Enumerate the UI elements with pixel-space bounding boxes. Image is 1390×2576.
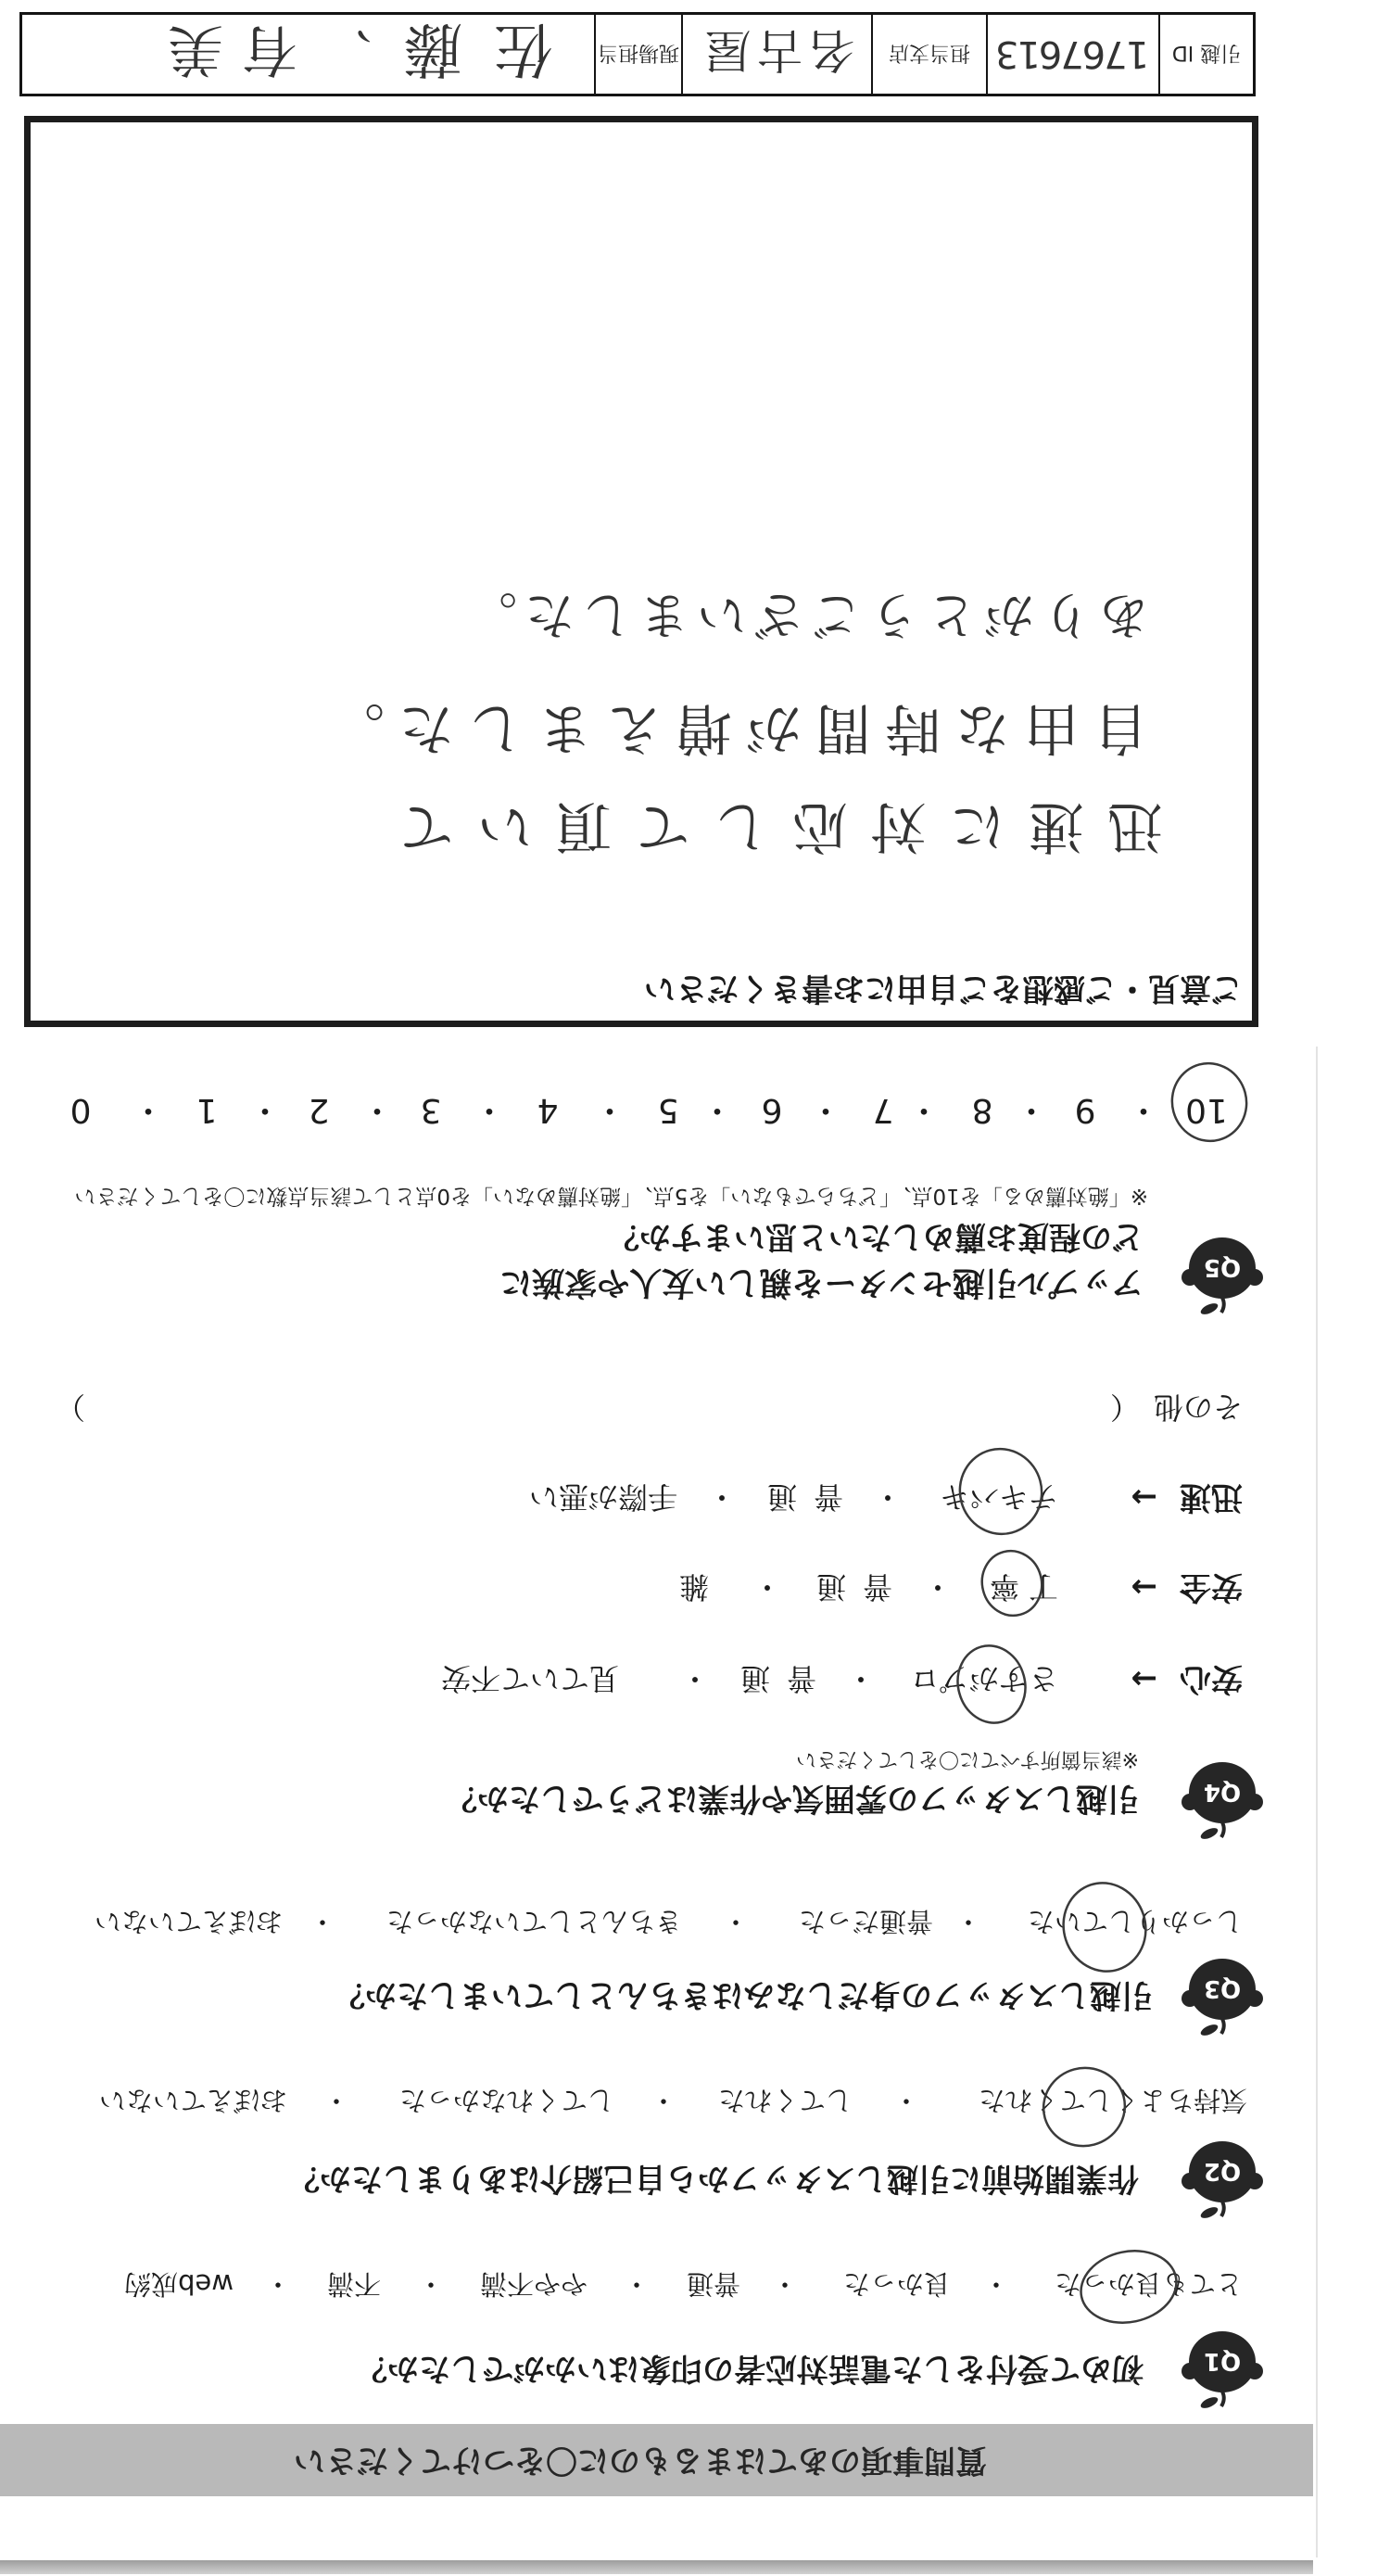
paper-edge: [1316, 1047, 1318, 2557]
separator: ・: [701, 1093, 734, 1126]
staff-name: 佐藤: [372, 15, 553, 94]
separator: ・: [309, 1908, 335, 1935]
apple-q2-icon: Q2: [1180, 2138, 1265, 2220]
handwritten-comment-line: 迅速に対応して頂いて: [375, 798, 1163, 854]
staff-label-cell: 現場担当: [594, 15, 681, 94]
q2-option-dont-remember[interactable]: おぼえていない: [99, 2087, 287, 2113]
q1-option-web-contract[interactable]: web成約: [124, 2270, 234, 2297]
q4-option-normal[interactable]: 普通: [800, 1572, 892, 1602]
q3-option-dont-remember[interactable]: おぼえていない: [95, 1908, 283, 1935]
branch-value: 名古屋: [700, 21, 855, 88]
score-4[interactable]: 4: [537, 1093, 559, 1126]
q4-other-open-paren: （: [1110, 1392, 1140, 1422]
score-10[interactable]: 10: [1185, 1093, 1228, 1126]
separator: ・: [417, 2270, 444, 2297]
separator: ・: [360, 1093, 394, 1126]
q1-title: 初めて受付をした電話対応者の印象はいかがでしたか？: [356, 2353, 1144, 2384]
handwritten-comment-line: ありがとうございました。: [460, 590, 1149, 640]
q4-badge-label: Q4: [1204, 1778, 1241, 1806]
staff-label: 現場担当: [598, 40, 679, 69]
q5-badge-label: Q5: [1204, 1253, 1241, 1281]
score-2[interactable]: 2: [309, 1093, 330, 1126]
q3-option-not-neat[interactable]: きちんとしていなかった: [386, 1908, 682, 1935]
arrow-right-icon: →: [1131, 1571, 1158, 1603]
q4-note: ※該当箇所すべてに〇をしてください: [796, 1748, 1139, 1769]
branch-label-cell: 担当支店: [871, 15, 986, 94]
handwritten-comment-line: 自由な時間が増えました。: [315, 700, 1149, 755]
move-id-label: 引越 ID: [1172, 40, 1241, 69]
q1-option-good[interactable]: 良かった: [843, 2270, 951, 2297]
separator: ・: [1015, 1093, 1048, 1126]
q1-option-dissatisfied[interactable]: 不満: [327, 2270, 381, 2297]
q4-option-efficient[interactable]: テキパキ: [940, 1482, 1058, 1512]
move-id-value-cell[interactable]: 1767613: [986, 15, 1158, 94]
q2-option-no[interactable]: してくれなかった: [399, 2087, 614, 2113]
separator: ・: [680, 1664, 710, 1694]
scanned-survey-sheet: 質問事項のあてはまるものに〇をつけてください Q1 初めて受付をした電話対応者の…: [0, 0, 1390, 2576]
separator: ・: [846, 1664, 876, 1694]
separator: ・: [982, 2270, 1009, 2297]
staff-name: 有美: [149, 15, 297, 94]
q4-option-normal[interactable]: 普通: [724, 1664, 816, 1694]
separator: ・: [873, 1482, 903, 1512]
staff-separator: 、: [325, 21, 372, 88]
q2-badge-label: Q2: [1204, 2157, 1241, 2185]
apple-q3-icon: Q3: [1180, 1956, 1265, 2037]
separator: ・: [752, 1572, 782, 1602]
q4-option-normal[interactable]: 普通: [751, 1482, 843, 1512]
score-1[interactable]: 1: [196, 1093, 218, 1126]
q2-option-pleasantly[interactable]: 気持ちよくしてくれた: [979, 2087, 1247, 2113]
q3-option-normal[interactable]: 普通だった: [799, 1908, 933, 1935]
separator: ・: [892, 2087, 919, 2113]
q3-title: 引越しスタッフの身だしなみはきちんとしていましたか？: [334, 1979, 1153, 2011]
arrow-right-icon: →: [1131, 1481, 1158, 1513]
score-9[interactable]: 9: [1075, 1093, 1096, 1126]
q5-title-line2: どの程度お薦めしたいと思いますか？: [608, 1221, 1144, 1252]
q4-option-professional[interactable]: さすがプロ: [910, 1664, 1058, 1694]
separator: ・: [593, 1093, 626, 1126]
q1-option-very-good[interactable]: とても良かった: [1055, 2270, 1243, 2297]
branch-label: 担当支店: [889, 40, 970, 69]
separator: ・: [1127, 1093, 1160, 1126]
score-0[interactable]: 0: [70, 1093, 92, 1126]
q4-other-label: その他: [1154, 1392, 1243, 1422]
q4-option-careful[interactable]: 丁寧: [980, 1572, 1058, 1602]
q4-option-worrying[interactable]: 見ていて不安: [441, 1664, 619, 1694]
separator: ・: [954, 1908, 981, 1935]
separator: ・: [322, 2087, 349, 2113]
q4-row-label: 安全: [1180, 1571, 1243, 1603]
q1-option-somewhat-dissatisfied[interactable]: やや不満: [480, 2270, 588, 2297]
separator: ・: [771, 2270, 798, 2297]
separator: ・: [132, 1093, 165, 1126]
q2-option-yes[interactable]: してくれた: [718, 2087, 853, 2113]
q3-option-neat[interactable]: しっかりしていた: [1028, 1908, 1243, 1935]
instruction-banner-text: 質問事項のあてはまるものに〇をつけてください: [294, 2444, 987, 2476]
separator: ・: [707, 1482, 737, 1512]
arrow-right-icon: →: [1131, 1663, 1158, 1694]
staff-value-cell[interactable]: 佐藤 、 有美: [22, 15, 594, 94]
score-3[interactable]: 3: [421, 1093, 442, 1126]
q4-other-close-paren: ）: [56, 1392, 85, 1422]
score-8[interactable]: 8: [972, 1093, 993, 1126]
separator: ・: [623, 2270, 650, 2297]
score-7[interactable]: 7: [873, 1093, 894, 1126]
q2-title: 作業開始前に引越しスタッフから自己紹介はありましたか？: [288, 2163, 1139, 2194]
comment-box[interactable]: [24, 116, 1258, 1027]
q1-option-normal[interactable]: 普通: [687, 2270, 740, 2297]
q5-note: ※「絶対薦める」を10点、「どちらでもない」を5点、「絶対薦めない」を0点として…: [74, 1185, 1148, 1206]
score-6[interactable]: 6: [762, 1093, 783, 1126]
separator: ・: [650, 2087, 676, 2113]
q4-row-label: 迅速: [1180, 1481, 1243, 1513]
q4-row-label: 安心: [1180, 1663, 1243, 1694]
separator: ・: [907, 1093, 941, 1126]
q4-title: 引越しスタッフの雰囲気や作業はどうでしたか？: [446, 1783, 1139, 1814]
branch-value-cell[interactable]: 名古屋: [681, 15, 871, 94]
apple-q4-icon: Q4: [1180, 1759, 1265, 1841]
move-id-value: 1767613: [997, 33, 1149, 76]
score-5[interactable]: 5: [658, 1093, 679, 1126]
q4-option-clumsy[interactable]: 手際が悪い: [529, 1482, 677, 1512]
separator: ・: [809, 1093, 842, 1126]
separator: ・: [923, 1572, 953, 1602]
q1-badge-label: Q1: [1204, 2347, 1241, 2375]
apple-q1-icon: Q1: [1180, 2329, 1265, 2410]
apple-q5-icon: Q5: [1180, 1235, 1265, 1316]
comment-box-label: ご意見・ご感想をご自由にお書きください: [644, 972, 1243, 1004]
move-info-table: 引越 ID 1767613 担当支店 名古屋 現場担当 佐藤 、 有美: [19, 12, 1256, 96]
separator: ・: [722, 1908, 749, 1935]
separator: ・: [473, 1093, 506, 1126]
separator: ・: [248, 1093, 282, 1126]
q4-option-sloppy[interactable]: 雑: [679, 1572, 709, 1602]
paper-shadow: [0, 2560, 1313, 2574]
q5-title-line1: アップル引越センターを親しい友人や家族に: [499, 1265, 1144, 1298]
q3-badge-label: Q3: [1204, 1974, 1241, 2002]
move-id-label-cell: 引越 ID: [1158, 15, 1253, 94]
separator: ・: [264, 2270, 291, 2297]
